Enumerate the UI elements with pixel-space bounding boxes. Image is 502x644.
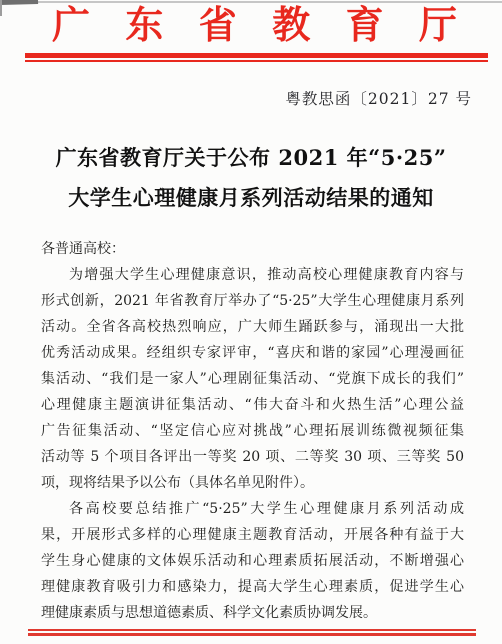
body-line: 心理健康主题演讲征集活动、“伟大奋斗和火热生活”心理公益 <box>41 392 464 418</box>
body-line: 为增强大学生心理健康意识，推动高校心理健康教育内容与 <box>41 262 464 288</box>
header-divider-thin-line <box>25 60 488 62</box>
body-line: 各高校要总结推广“5·25”大学生心理健康月系列活动成 <box>41 496 464 522</box>
salutation: 各普通高校： <box>41 236 464 262</box>
body-line: 优秀活动成果。经组织专家评审，“喜庆和谐的家园”心理漫画征 <box>41 340 464 366</box>
body-line: 理健康教育吸引力和感染力，提高大学生心理素质，促进学生心 <box>41 574 464 600</box>
document-title: 广东省教育厅关于公布 2021 年“5·25” 大学生心理健康月系列活动结果的通… <box>0 138 502 218</box>
official-document-page: 广东省教育厅 粤教思函〔2021〕27 号 广东省教育厅关于公布 2021 年“… <box>0 0 502 644</box>
body-line: 广告征集活动、“坚定信心应对挑战”心理拓展训练微视频征集 <box>41 418 464 444</box>
header-divider-thick-line <box>25 53 488 58</box>
document-number: 粤教思函〔2021〕27 号 <box>0 90 502 108</box>
body-line: 项，现将结果予以公布（具体名单见附件）。 <box>41 470 464 496</box>
body-line: 活动等 5 个项目各评出一等奖 20 项、二等奖 30 项、三等奖 50 <box>41 444 464 470</box>
body-line: 果，开展形式多样的心理健康主题教育活动，开展各种有益于大 <box>41 522 464 548</box>
scan-artifact-corner-mark <box>0 0 38 5</box>
scan-artifact-top-line <box>0 1 502 3</box>
body-line: 集活动、“我们是一家人”心理剧征集活动、“党旗下成长的我们” <box>41 366 464 392</box>
title-line-1: 广东省教育厅关于公布 2021 年“5·25” <box>0 138 502 178</box>
agency-name: 广东省教育厅 <box>52 5 457 45</box>
body-line: 活动。全省各高校热烈响应，广大师生踊跃参与，涌现出一大批 <box>41 314 464 340</box>
footer-divider-thin-line <box>28 629 476 631</box>
footer-divider-thick-line <box>28 633 476 636</box>
body-line: 理健康素质与思想道德素质、科学文化素质协调发展。 <box>41 600 464 626</box>
body-line: 形式创新，2021 年省教育厅举办了“5·25”大学生心理健康月系列 <box>41 288 464 314</box>
document-body: 各普通高校： 为增强大学生心理健康意识，推动高校心理健康教育内容与 形式创新，2… <box>41 236 464 626</box>
title-line-2: 大学生心理健康月系列活动结果的通知 <box>0 178 502 218</box>
footer-divider <box>28 629 476 636</box>
header-divider <box>25 53 488 62</box>
scan-artifact-left-edge <box>0 0 2 16</box>
body-line: 学生身心健康的文体娱乐活动和心理素质拓展活动，不断增强心 <box>41 548 464 574</box>
